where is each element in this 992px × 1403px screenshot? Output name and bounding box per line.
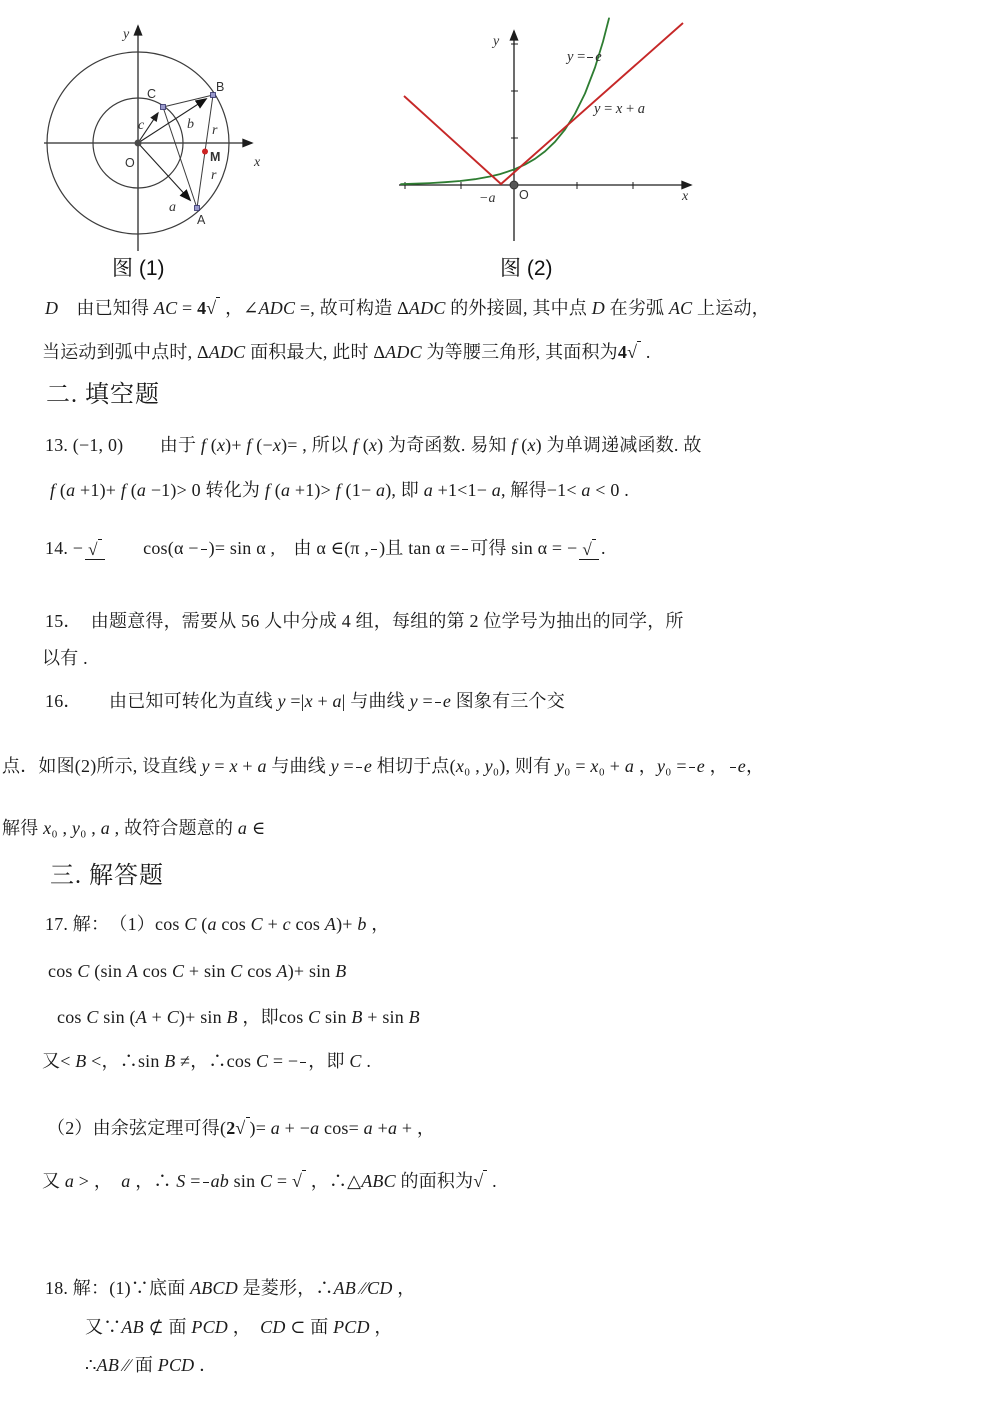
solution-14-line: 14. −√ cos(α −)= sin α , 由 α ∈(π ,)且 tan…	[45, 537, 606, 560]
fig1-C-label: C	[147, 87, 156, 101]
figure-1-vector-circles: y x O C B A M r r c⃗ b⃗ a⃗	[30, 10, 270, 255]
fig1-M-label: M	[210, 150, 220, 164]
fig1-r-lower-label: r	[211, 168, 217, 183]
section-header-solutions: 三. 解答题	[50, 861, 164, 892]
fig1-B-label: B	[216, 80, 224, 94]
solution-12-line-1: D 由已知得 AC = 4√ ，∠ADC =, 故可构造 ΔADC 的外接圆, …	[45, 297, 770, 320]
solution-15-line-1: 15． 由题意得，需要从 56 人中分成 4 组，每组的第 2 位学号为抽出的同…	[45, 610, 684, 633]
point-B-marker	[211, 93, 216, 98]
red-line-equation-label: y = x + a	[594, 101, 645, 118]
fig1-vector-a-label: a⃗	[169, 200, 187, 215]
fig1-vector-b-label: b⃗	[187, 117, 205, 132]
solution-12-line-2: 当运动到弧中点时, ΔADC 面积最大, 此时 ΔADC 为等腰三角形, 其面积…	[42, 341, 651, 364]
solution-18-line-3: ∴AB ∕∕ 面 PCD ．	[85, 1354, 217, 1377]
solution-15-line-2: 以有 .	[42, 647, 88, 670]
solution-13-line-2: f (a +1)+ f (a −1)> 0 转化为 f (a +1)> f (1…	[50, 479, 629, 502]
solution-18-line-2: 又∵AB ⊄ 面 PCD ， CD ⊂ 面 PCD ，	[85, 1316, 393, 1339]
fig1-r-upper-label: r	[212, 123, 218, 138]
point-A-marker	[195, 206, 200, 211]
fig2-O-label: O	[519, 188, 529, 202]
solution-17-line-1: 17. 解： （1）cos C (a cos C + c cos A)+ b ，	[45, 913, 389, 936]
fig1-x-label: x	[253, 155, 261, 170]
solution-17-line-5: （2）由余弦定理可得(2√)= a + −a cos= a +a + ，	[47, 1117, 435, 1140]
curve-half-exp	[401, 18, 609, 184]
figure-1-caption: 图 (1)	[112, 252, 165, 282]
fig2-x-label: x	[681, 189, 689, 204]
solution-17-line-6: 又 a > ， a ，∴ S =ab sin C = √ ，∴△ABC 的面积为…	[42, 1170, 497, 1196]
origin-O-marker	[135, 140, 142, 147]
chord-CB	[163, 95, 213, 107]
fig2-origin-marker	[510, 181, 518, 189]
solution-16-line-2: 点．如图(2)所示, 设直线 y = x + a 与曲线 y =e 相切于点(x…	[2, 755, 764, 778]
section-header-fill-in: 二. 填空题	[46, 380, 160, 411]
solution-13-line-1: 13. (−1, 0) 由于 f (x)+ f (−x)= , 所以 f (x)…	[45, 434, 702, 457]
fig1-O-label: O	[125, 156, 135, 170]
figure-1-canvas: y x O C B A M r r c⃗ b⃗ a⃗	[30, 10, 270, 255]
point-C-marker	[161, 105, 166, 110]
figure-2-caption: 图 (2)	[500, 252, 553, 282]
fig2-neg-a-label: −a	[479, 191, 495, 206]
green-curve-equation-label: y =e	[567, 47, 602, 66]
figure-2-function-graphs: y x O −a y =e y = x + a	[395, 15, 715, 255]
fig1-vector-c-label: c⃗	[138, 118, 155, 133]
solution-17-line-4: 又< B <，∴sin B ≠，∴cos C = −，即 C .	[42, 1050, 371, 1073]
figure-2-canvas: y x O −a	[395, 15, 715, 255]
fig1-y-label: y	[121, 27, 130, 42]
math-solution-page: y x O C B A M r r c⃗ b⃗ a⃗ 图 (1)	[0, 0, 992, 1403]
point-M-marker	[202, 149, 208, 155]
solution-16-line-1: 16． 由已知可转化为直线 y =|x + a| 与曲线 y =e 图象有三个交	[45, 690, 565, 713]
solution-17-line-3: cos C sin (A + C)+ sin B ，即cos C sin B +…	[57, 1006, 420, 1029]
solution-16-line-3: 解得 x₀ , y₀ , a , 故符合题意的 a ∈	[2, 817, 265, 840]
fig2-y-label: y	[491, 34, 500, 49]
solution-18-line-1: 18. 解：(1)∵底面 ABCD 是菱形，∴AB ∕∕CD ，	[45, 1277, 415, 1300]
solution-17-line-2: cos C (sin A cos C + sin C cos A)+ sin B	[48, 960, 346, 983]
fig1-A-label: A	[197, 213, 206, 227]
